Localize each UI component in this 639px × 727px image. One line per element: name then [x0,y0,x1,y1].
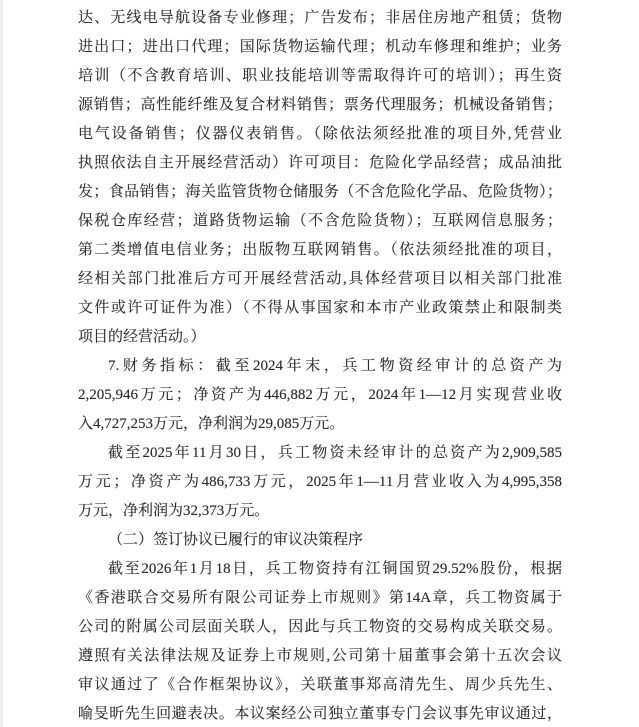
document-text-block: 达、无线电导航设备专业修理；广告发布；非居住房地产租赁；货物进出口；进出口代理；… [78,4,562,727]
document-page: 达、无线电导航设备专业修理；广告发布；非居住房地产租赁；货物进出口；进出口代理；… [0,0,639,727]
text-line: 源销售；高性能纤维及复合材料销售；票务代理服务；机械设备销售； [78,91,562,120]
text-line: 万元，净利润为32,373万元。 [78,497,562,526]
text-line: 7.财务指标：截至2024年末，兵工物资经审计的总资产为 [78,352,562,381]
text-line: 经相关部门批准后方可开展经营活动,具体经营项目以相关部门批准 [78,265,562,294]
text-line: 遵照有关法律法规及证券上市规则,公司第十届董事会第十五次会议 [78,642,562,671]
text-line: 项目的经营活动。） [78,323,562,352]
text-line: 进出口；进出口代理；国际货物运输代理；机动车修理和维护；业务 [78,33,562,62]
text-line: （二）签订协议已履行的审议决策程序 [78,526,562,555]
text-line: 《香港联合交易所有限公司证券上市规则》第14A章，兵工物资属于 [78,584,562,613]
text-line: 审议通过了《合作框架协议》，关联董事郑高清先生、周少兵先生、 [78,671,562,700]
text-line: 培训（不含教育培训、职业技能培训等需取得许可的培训）；再生资 [78,62,562,91]
page-edge-shadow [0,0,3,727]
text-line: 万元；净资产为486,733万元，2025年1—11月营业收入为4,995,35… [78,468,562,497]
text-line: 入4,727,253万元，净利润为29,085万元。 [78,410,562,439]
text-line: 公司的附属公司层面关联人，因此与兵工物资的交易构成关联交易。 [78,613,562,642]
text-line: 截至2026年1月18日，兵工物资持有江铜国贸29.52%股份，根据 [78,555,562,584]
text-line: 第二类增值电信业务；出版物互联网销售。（依法须经批准的项目， [78,236,562,265]
text-line: 喻旻昕先生回避表决。本议案经公司独立董事专门会议事先审议通过， [78,700,562,727]
text-line: 达、无线电导航设备专业修理；广告发布；非居住房地产租赁；货物 [78,4,562,33]
text-line: 发；食品销售；海关监管货物仓储服务（不含危险化学品、危险货物）； [78,178,562,207]
text-line: 截至2025年11月30日，兵工物资未经审计的总资产为2,909,585 [78,439,562,468]
text-line: 电气设备销售；仪器仪表销售。（除依法须经批准的项目外,凭营业 [78,120,562,149]
text-line: 2,205,946万元；净资产为446,882万元，2024年1—12月实现营业… [78,381,562,410]
text-line: 执照依法自主开展经营活动）许可项目：危险化学品经营；成品油批 [78,149,562,178]
text-line: 保税仓库经营；道路货物运输（不含危险货物）；互联网信息服务； [78,207,562,236]
text-line: 文件或许可证件为准）（不得从事国家和本市产业政策禁止和限制类 [78,294,562,323]
